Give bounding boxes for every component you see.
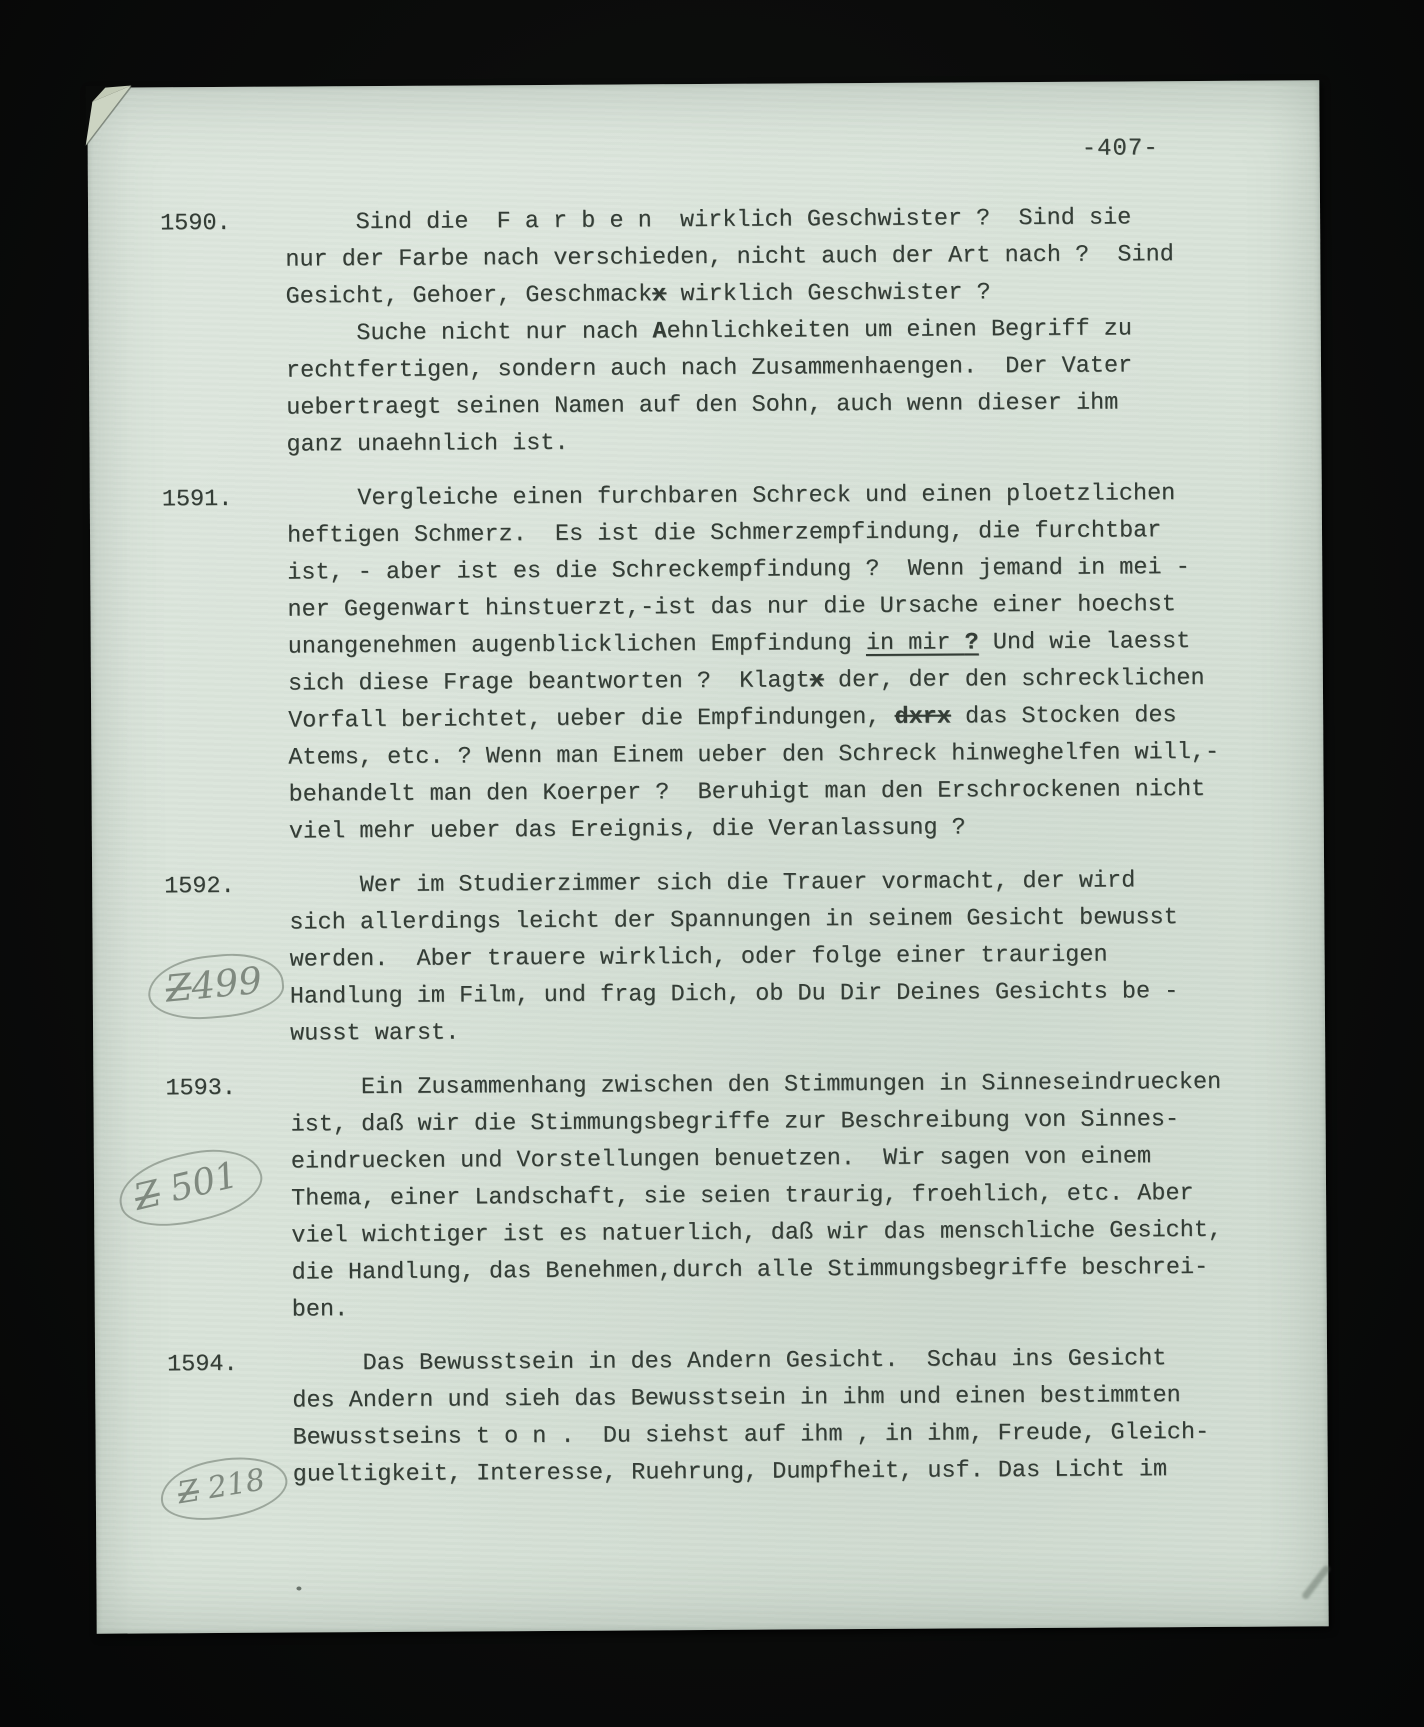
archival-scan: { "page_number": "-407-", "paragraphs": … xyxy=(0,0,1424,1727)
text-segment: Wer im Studierzimmer sich die Trauer vor… xyxy=(289,867,1135,899)
paragraph-number: 1592. xyxy=(164,868,289,906)
text-segment: x xyxy=(652,281,666,308)
text-line: nur der Farbe nach verschieden, nicht au… xyxy=(285,236,1174,278)
paragraph-number: 1593. xyxy=(165,1070,290,1108)
text-segment: Ein Zusammenhang zwischen den Stimmungen… xyxy=(290,1069,1221,1102)
text-segment: Das Bewusstsein in des Andern Gesicht. S… xyxy=(292,1345,1166,1377)
text-segment: behandelt man den Koerper ? Beruhigt man… xyxy=(289,776,1206,809)
text-segment: die Handlung, das Benehmen,durch alle St… xyxy=(291,1254,1208,1287)
text-segment: heftigen Schmerz. Es ist die Schmerzempf… xyxy=(287,517,1161,549)
zettel-number: 501 xyxy=(166,1155,242,1211)
text-line: rechtfertigen, sondern auch nach Zusamme… xyxy=(286,347,1175,389)
text-line: sich diese Frage beantworten ? Klagtx de… xyxy=(288,660,1219,703)
text-line: Suche nicht nur nach Aehnlichkeiten um e… xyxy=(286,310,1175,352)
paragraph: 1593. Ein Zusammenhang zwischen den Stim… xyxy=(93,1063,1327,1330)
paragraph-text: Vergleiche einen furchbaren Schreck und … xyxy=(287,475,1220,851)
text-segment: ehnlichkeiten um einen Begriff zu xyxy=(666,315,1132,345)
text-segment: x xyxy=(810,667,824,694)
text-line: ganz unaehnlich ist. xyxy=(286,421,1175,463)
text-segment: uebertraegt seinen Namen auf den Sohn, a… xyxy=(286,389,1118,421)
text-segment: Bewusstseins t o n . Du siehst auf ihm ,… xyxy=(292,1419,1209,1452)
typewritten-text-block: 1590. Sind die F a r b e n wirklich Gesc… xyxy=(87,80,1328,1511)
text-segment: ist, - aber ist es die Schreckempfindung… xyxy=(287,554,1190,587)
text-segment: Vorfall berichtet, ueber die Empfindunge… xyxy=(288,704,895,735)
text-segment: wirklich Geschwister ? xyxy=(666,279,991,308)
text-line: eindruecken und Vorstellungen benuetzen.… xyxy=(291,1138,1222,1181)
text-line: des Andern und sieh das Bewusstsein in i… xyxy=(292,1377,1209,1420)
paragraph-text: Ein Zusammenhang zwischen den Stimmungen… xyxy=(290,1064,1222,1329)
text-line: ner Gegenwart hinstuerzt,-ist das nur di… xyxy=(287,586,1218,629)
typescript-page: -407- 1590. Sind die F a r b e n wirklic… xyxy=(87,80,1328,1633)
text-segment: Vergleiche einen furchbaren Schreck und … xyxy=(287,480,1176,512)
text-segment: viel mehr ueber das Ereignis, die Veranl… xyxy=(289,814,966,845)
text-line: gueltigkeit, Interesse, Ruehrung, Dumpfh… xyxy=(293,1451,1210,1494)
text-line: sich allerdings leicht der Spannungen in… xyxy=(289,899,1178,941)
text-line: uebertraegt seinen Namen auf den Sohn, a… xyxy=(286,384,1175,426)
paragraph-number: 1594. xyxy=(167,1346,292,1384)
text-segment: viel wichtiger ist es natuerlich, daß wi… xyxy=(291,1217,1222,1250)
text-segment: ist, daß wir die Stimmungsbegriffe zur B… xyxy=(291,1106,1180,1138)
text-segment: ganz unaehnlich ist. xyxy=(286,430,568,459)
text-segment: ner Gegenwart hinstuerzt,-ist das nur di… xyxy=(287,591,1176,623)
text-segment: dxrx xyxy=(894,704,951,731)
text-segment: gueltigkeit, Interesse, Ruehrung, Dumpfh… xyxy=(293,1456,1167,1488)
text-segment: rechtfertigen, sondern auch nach Zusamme… xyxy=(286,352,1132,384)
text-segment: ben. xyxy=(292,1296,349,1323)
paragraph: 1592. Wer im Studierzimmer sich die Trau… xyxy=(92,861,1325,1054)
text-line: Bewusstseins t o n . Du siehst auf ihm ,… xyxy=(292,1414,1209,1457)
paragraph: 1591. Vergleiche einen furchbaren Schrec… xyxy=(90,474,1324,852)
text-line: Atems, etc. ? Wenn man Einem ueber den S… xyxy=(288,734,1219,777)
text-segment: sich diese Frage beantworten ? Klagt xyxy=(288,667,810,697)
text-segment: eindruecken und Vorstellungen benuetzen.… xyxy=(291,1143,1151,1175)
text-line: Thema, einer Landschaft, sie seien traur… xyxy=(291,1175,1222,1218)
text-line: ben. xyxy=(292,1286,1223,1329)
text-line: werden. Aber trauere wirklich, oder folg… xyxy=(290,936,1179,978)
text-line: unangenehmen augenblicklichen Empfindung… xyxy=(288,623,1219,666)
text-segment: sich allerdings leicht der Spannungen in… xyxy=(289,904,1178,936)
text-line: ist, - aber ist es die Schreckempfindung… xyxy=(287,549,1218,592)
text-segment: Gesicht, Gehoer, Geschmack xyxy=(285,281,652,310)
text-line: viel wichtiger ist es natuerlich, daß wi… xyxy=(291,1212,1222,1255)
text-line: behandelt man den Koerper ? Beruhigt man… xyxy=(289,771,1220,814)
paragraph-number: 1590. xyxy=(160,205,285,243)
zettel-prefix: Z xyxy=(164,965,194,1010)
text-line: viel mehr ueber das Ereignis, die Veranl… xyxy=(289,808,1220,851)
paragraph: 1590. Sind die F a r b e n wirklich Gesc… xyxy=(88,198,1322,465)
zettel-number: 499 xyxy=(189,959,263,1008)
text-line: Handlung im Film, und frag Dich, ob Du D… xyxy=(290,973,1179,1015)
text-segment: wusst warst. xyxy=(290,1020,459,1048)
zettel-number: 218 xyxy=(205,1462,267,1506)
text-line: Gesicht, Gehoer, Geschmackx wirklich Ges… xyxy=(285,273,1174,315)
text-segment: Handlung im Film, und frag Dich, ob Du D… xyxy=(290,978,1179,1010)
ink-speck xyxy=(296,1586,301,1590)
text-segment: Und wie laesst xyxy=(979,628,1191,656)
text-line: Vorfall berichtet, ueber die Empfindunge… xyxy=(288,697,1219,740)
text-segment: werden. Aber trauere wirklich, oder folg… xyxy=(290,942,1108,974)
text-segment: des Andern und sieh das Bewusstsein in i… xyxy=(292,1382,1181,1414)
text-segment: der, der den schrecklichen xyxy=(824,665,1205,694)
text-line: Ein Zusammenhang zwischen den Stimmungen… xyxy=(290,1064,1221,1107)
text-line: Wer im Studierzimmer sich die Trauer vor… xyxy=(289,862,1178,904)
text-line: wusst warst. xyxy=(290,1010,1179,1052)
text-segment: unangenehmen augenblicklichen Empfindung xyxy=(288,630,866,661)
paragraph-number: 1591. xyxy=(162,481,287,519)
paragraph-text: Das Bewusstsein in des Andern Gesicht. S… xyxy=(292,1340,1210,1494)
text-line: ist, daß wir die Stimmungsbegriffe zur B… xyxy=(291,1101,1222,1144)
text-line: Vergleiche einen furchbaren Schreck und … xyxy=(287,475,1218,518)
text-segment: Suche nicht nur nach xyxy=(286,318,653,347)
text-line: Sind die F a r b e n wirklich Geschwiste… xyxy=(285,199,1174,241)
text-segment: ? xyxy=(965,629,979,656)
text-line: die Handlung, das Benehmen,durch alle St… xyxy=(291,1249,1222,1292)
text-line: Das Bewusstsein in des Andern Gesicht. S… xyxy=(292,1340,1209,1383)
text-segment: in mir xyxy=(866,629,965,657)
text-segment: A xyxy=(652,318,666,345)
pencil-smudge xyxy=(1301,1564,1331,1600)
text-segment: das Stocken des xyxy=(951,702,1177,730)
text-segment: Thema, einer Landschaft, sie seien traur… xyxy=(291,1180,1194,1213)
paragraph-text: Sind die F a r b e n wirklich Geschwiste… xyxy=(285,199,1175,463)
text-line: heftigen Schmerz. Es ist die Schmerzempf… xyxy=(287,512,1218,555)
text-segment: nur der Farbe nach verschieden, nicht au… xyxy=(285,241,1174,273)
text-segment: Sind die F a r b e n wirklich Geschwiste… xyxy=(285,204,1131,236)
text-segment: Atems, etc. ? Wenn man Einem ueber den S… xyxy=(288,739,1219,772)
paragraph-text: Wer im Studierzimmer sich die Trauer vor… xyxy=(289,862,1179,1052)
